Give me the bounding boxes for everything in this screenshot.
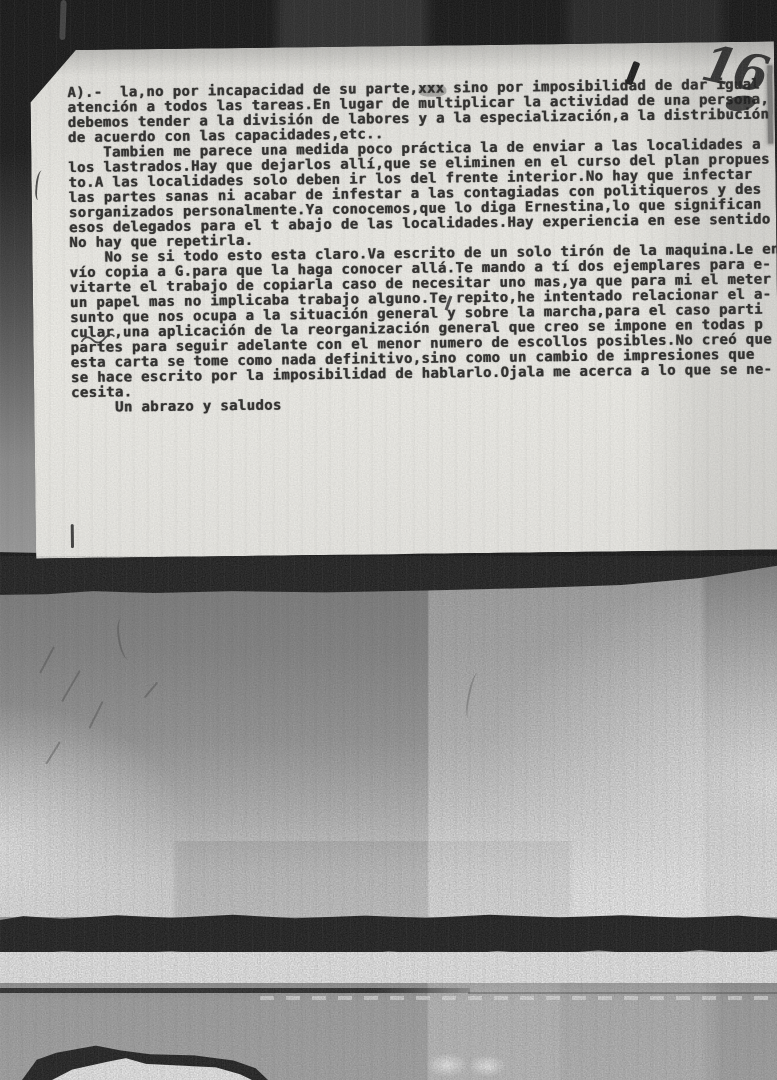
scratch-mark — [61, 670, 81, 702]
scratch-mark — [45, 741, 60, 764]
letter-page: A).- la,no por incapacidad de su parte,x… — [30, 41, 777, 558]
strikeover-smudge — [418, 84, 446, 96]
bottom-gray-strip — [0, 983, 777, 1080]
margin-pen-dash — [71, 524, 74, 548]
handwritten-page-number: 16 — [698, 38, 771, 100]
strip-white-dashes — [260, 996, 777, 1000]
scanned-letter-photograph: A).- la,no por incapacidad de su parte,x… — [0, 0, 777, 1080]
scanner-bed-midsection — [0, 560, 777, 917]
scratch-mark — [39, 646, 55, 673]
film-edge-black-band — [0, 913, 777, 957]
page-right-edge-line — [767, 65, 773, 143]
strip-thin-line — [468, 992, 777, 994]
bright-spot — [426, 1053, 468, 1077]
scratch-mark — [89, 701, 104, 729]
bright-spot — [468, 1055, 506, 1077]
handwritten-insertion-squiggle — [80, 333, 116, 345]
margin-pen-mark — [34, 170, 47, 201]
letter-body-text: A).- la,no por incapacidad de su parte,x… — [67, 77, 777, 416]
scratch-mark — [144, 682, 158, 699]
scratch-arc-mark — [463, 671, 482, 718]
scratch-curl-mark — [114, 617, 135, 661]
strip-dark-line — [0, 988, 470, 993]
